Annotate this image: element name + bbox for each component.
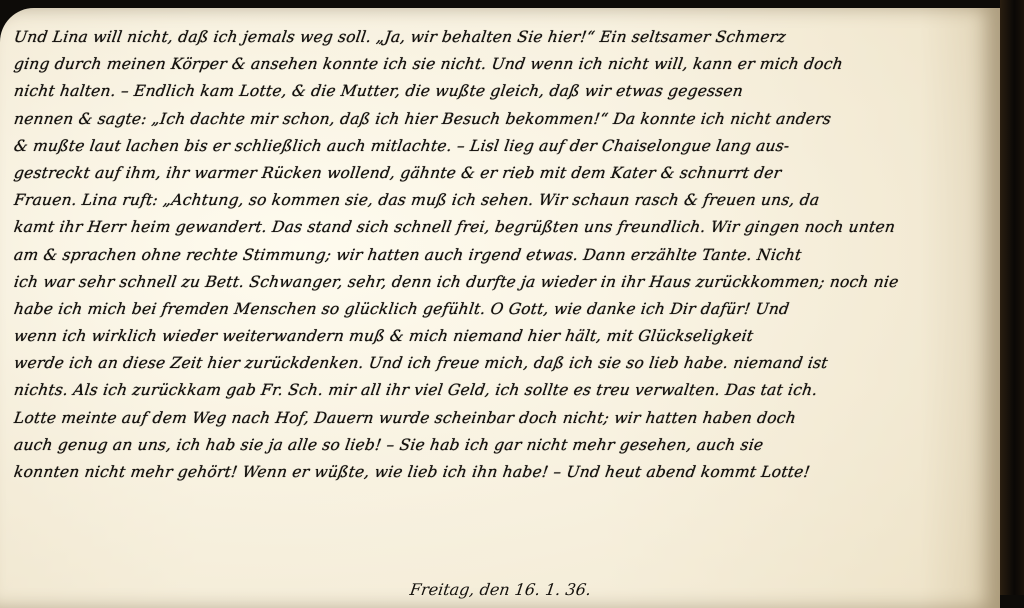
text-line: kamt ihr Herr heim gewandert. Das stand … bbox=[12, 214, 968, 241]
text-line: habe ich mich bei fremden Menschen so gl… bbox=[12, 296, 968, 323]
text-line: & mußte laut lachen bis er schließlich a… bbox=[12, 133, 968, 160]
text-line: Lotte meinte auf dem Weg nach Hof, Dauer… bbox=[12, 405, 968, 432]
text-line: nichts. Als ich zurückkam gab Fr. Sch. m… bbox=[12, 377, 968, 404]
text-line: nicht halten. – Endlich kam Lotte, & die… bbox=[12, 78, 968, 105]
text-line: ging durch meinen Körper & ansehen konnt… bbox=[12, 51, 968, 78]
text-line: auch genug an uns, ich hab sie ja alle s… bbox=[12, 432, 968, 459]
handwritten-text-block: Und Lina will nicht, daß ich jemals weg … bbox=[14, 24, 966, 486]
text-line: Und Lina will nicht, daß ich jemals weg … bbox=[12, 24, 968, 51]
text-line: werde ich an diese Zeit hier zurückdenke… bbox=[12, 350, 968, 377]
text-line: Frauen. Lina ruft: „Achtung, so kommen s… bbox=[12, 187, 968, 214]
text-line: konnten nicht mehr gehört! Wenn er wüßte… bbox=[12, 459, 968, 486]
text-line: ich war sehr schnell zu Bett. Schwanger,… bbox=[12, 269, 968, 296]
diary-page: Und Lina will nicht, daß ich jemals weg … bbox=[0, 8, 1000, 595]
text-line: wenn ich wirklich wieder weiterwandern m… bbox=[12, 323, 968, 350]
date-heading: Freitag, den 16. 1. 36. bbox=[409, 580, 593, 595]
text-line: gestreckt auf ihm, ihr warmer Rücken wol… bbox=[12, 160, 968, 187]
book-spine-shadow bbox=[1000, 0, 1024, 595]
text-line: am & sprachen ohne rechte Stimmung; wir … bbox=[12, 242, 968, 269]
text-line: nennen & sagte: „Ich dachte mir schon, d… bbox=[12, 106, 968, 133]
